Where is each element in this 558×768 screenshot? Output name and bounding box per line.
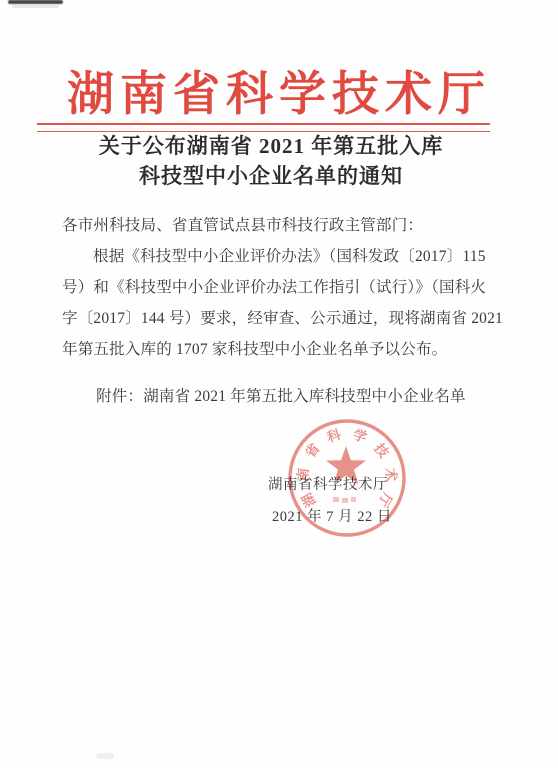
notice-title-line1: 关于公布湖南省 2021 年第五批入库 (30, 131, 512, 161)
agency-letterhead: 湖南省科学技术厅 (0, 71, 558, 120)
notice-title: 关于公布湖南省 2021 年第五批入库 科技型中小企业名单的通知 (30, 131, 512, 191)
seal-star-icon (326, 446, 366, 484)
attachment-line: 附件：湖南省 2021 年第五批入库科技型中小企业名单 (62, 381, 502, 412)
notice-body: 各市州科技局、省直管试点县市科技行政主管部门： 根据《科技型中小企业评价办法》（… (62, 210, 502, 413)
seal-char: 术 (383, 466, 400, 482)
scan-artifact-dark (8, 0, 63, 4)
seal-char: 省 (302, 440, 323, 461)
notice-title-line2: 科技型中小企业名单的通知 (30, 161, 512, 191)
seal-char: 学 (351, 426, 369, 445)
body-line: 年第五批入库的 1707 家科技型中小企业名单予以公布。 (62, 334, 502, 365)
seal-char: 技 (371, 439, 393, 461)
body-line: 号）和《科技型中小企业评价办法工作指引（试行）》（国科火 (62, 272, 502, 303)
body-line: 字〔2017〕144 号）要求，经审查、公示通过，现将湖南省 2021 (62, 303, 502, 334)
body-line: 根据《科技型中小企业评价办法》（国科发政〔2017〕115 (62, 241, 502, 272)
seal-char: 湖 (298, 490, 319, 510)
seal-char: 厅 (375, 490, 395, 510)
official-round-seal: 湖南省科学技术厅 (281, 412, 413, 544)
seal-char: 南 (294, 467, 311, 482)
salutation: 各市州科技局、省直管试点县市科技行政主管部门： (62, 210, 502, 241)
scan-artifact-light (12, 5, 59, 8)
seal-char: 科 (325, 426, 343, 445)
seal-code-marks (333, 497, 356, 503)
scan-artifact-bottom (96, 753, 114, 759)
scanned-notice-page: 湖南省科学技术厅 关于公布湖南省 2021 年第五批入库 科技型中小企业名单的通… (0, 0, 558, 768)
